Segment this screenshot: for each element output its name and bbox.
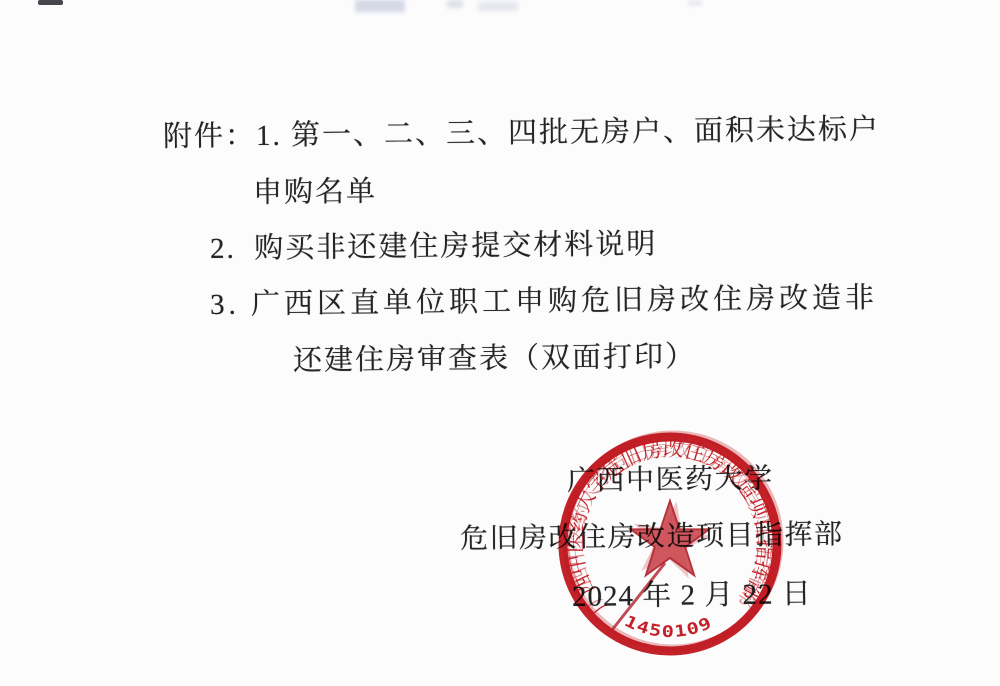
- official-seal-stamp: 广西中医药大学危旧房改住房改造项目指挥部 广西中医药大学危旧房改住房改造项目指挥…: [530, 404, 810, 684]
- scan-artifact-top-1: [355, 0, 405, 12]
- attachment-list-line-5: 还建住房审查表（双面打印）: [293, 341, 696, 377]
- scanned-document-page: 附件：1. 第一、二、三、四批无房户、面积未达标户 申购名单 2. 购买非还建住…: [0, 0, 1000, 686]
- seal-star-icon: [631, 501, 709, 575]
- attachment-list-line-1: 附件：1. 第一、二、三、四批无房户、面积未达标户: [163, 113, 880, 153]
- scan-artifact-top-2: [447, 0, 463, 8]
- scan-artifact-top-4: [688, 0, 702, 6]
- scan-artifact-top-left: [38, 0, 63, 5]
- scan-artifact-top-3: [478, 2, 518, 11]
- attachment-list-line-4: 3. 广西区直单位职工申购危旧房改住房改造非: [210, 282, 878, 321]
- attachment-list-line-2: 申购名单: [253, 176, 377, 209]
- attachment-list-line-3: 2. 购买非还建住房提交材料说明: [210, 228, 658, 265]
